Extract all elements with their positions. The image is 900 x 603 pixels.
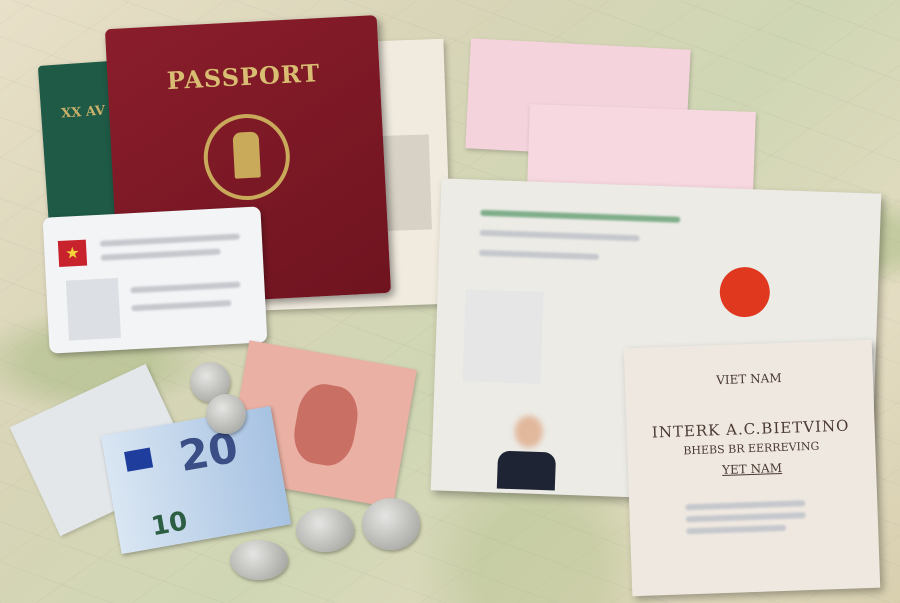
visa-photo (463, 289, 544, 384)
portrait (289, 380, 362, 469)
blurred-text (480, 230, 640, 242)
blurred-text (686, 512, 806, 522)
passport-title: PASSPORT (107, 55, 380, 98)
booklet-line: YET NAM (628, 458, 876, 481)
booklet-line: VIET NAM (625, 368, 873, 391)
id-photo (66, 278, 121, 341)
coin (206, 394, 246, 434)
blurred-text (686, 525, 786, 534)
document-booklet: VIET NAM INTERK A.C.BIETVINO BHEBS BR EE… (624, 340, 881, 597)
blurred-text (685, 500, 805, 510)
blurred-text (479, 250, 599, 260)
blurred-text (131, 300, 231, 311)
coin (362, 498, 420, 550)
eu-flag-icon (124, 448, 153, 472)
blurred-text (101, 249, 221, 261)
coin (296, 508, 354, 552)
emblem-icon (202, 112, 292, 202)
blurred-text (130, 282, 240, 294)
blurred-text (480, 210, 680, 223)
blurred-text (100, 234, 240, 247)
red-stamp-icon (719, 266, 771, 318)
note-value: 10 (149, 506, 190, 542)
coin (230, 540, 288, 580)
flag-icon: ★ (58, 240, 87, 267)
id-card: ★ (43, 206, 268, 353)
